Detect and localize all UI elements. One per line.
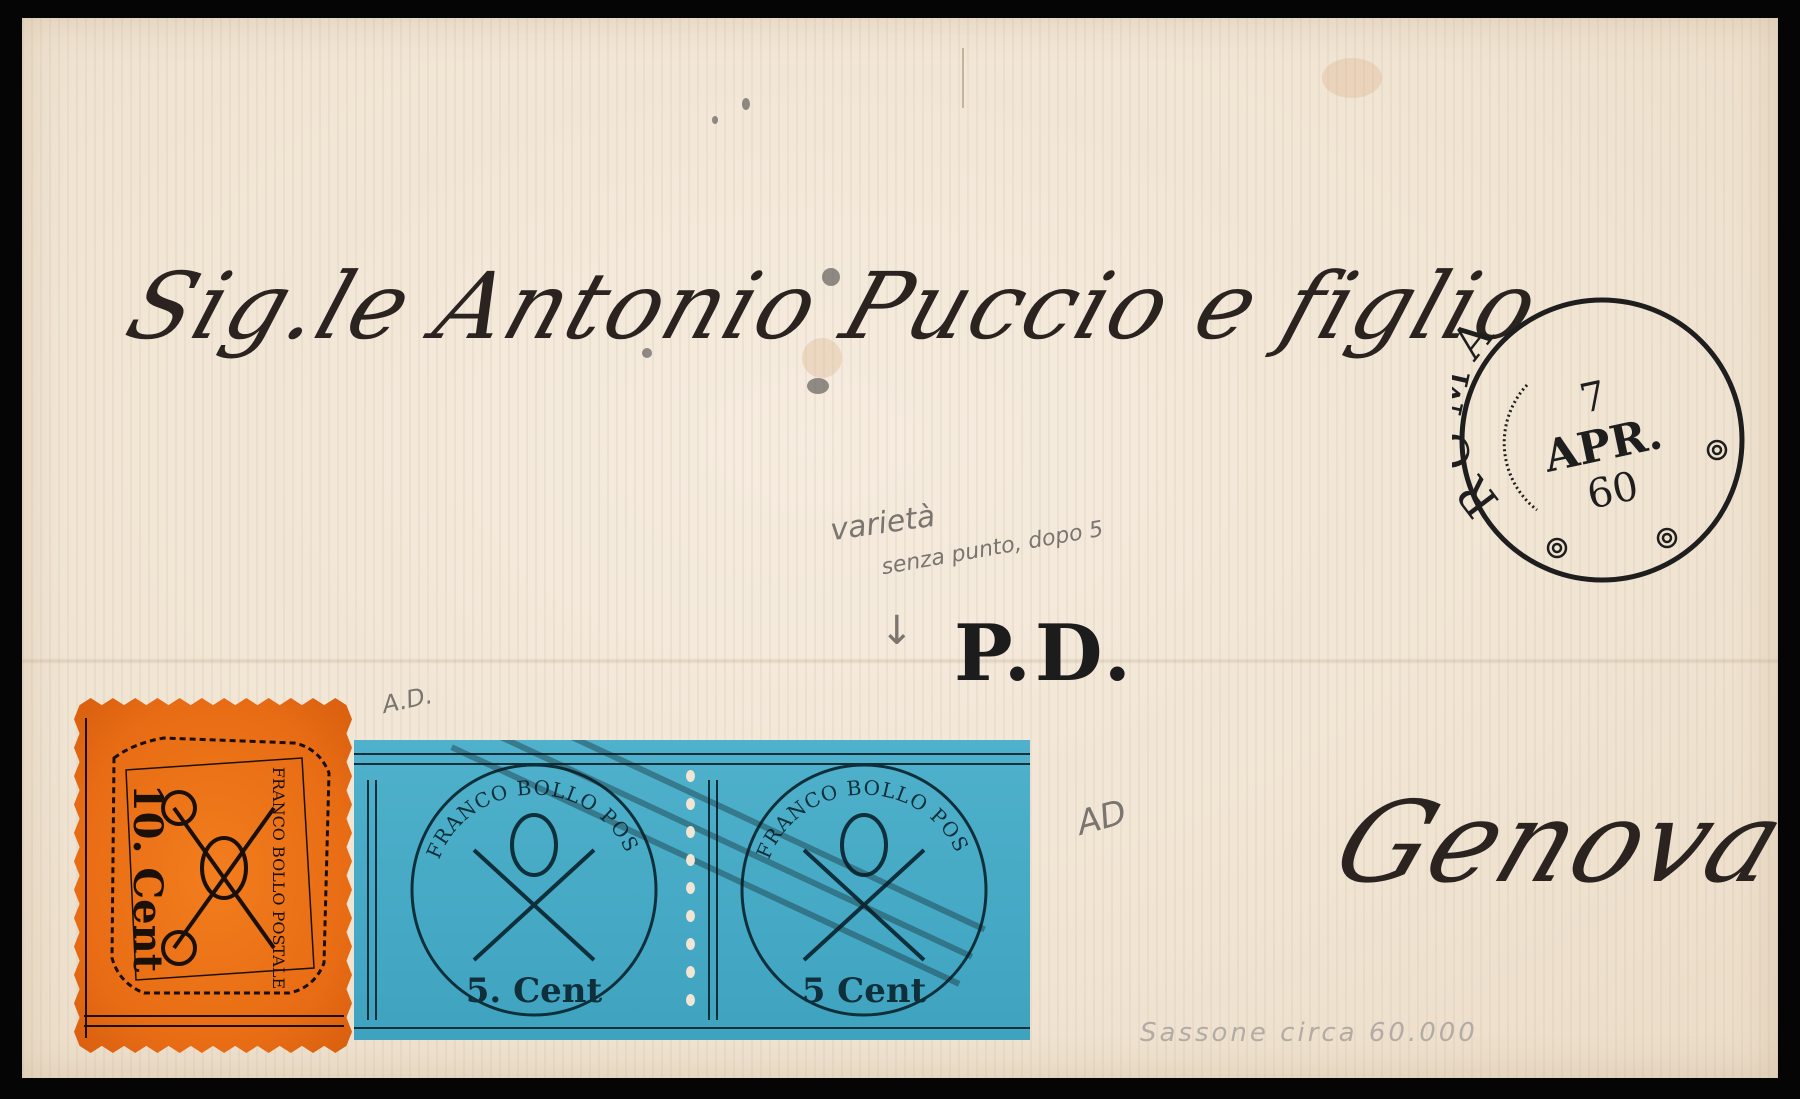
fold-line bbox=[22, 658, 1778, 664]
stamp-5b-denomination: 5 Cent bbox=[802, 971, 927, 1011]
pd-handstamp: P.D. bbox=[954, 608, 1135, 699]
svg-text:ROMA: ROMA bbox=[1452, 302, 1510, 528]
datestamp-day: 7 bbox=[1576, 373, 1610, 423]
datestamp-town: ROMA bbox=[1452, 302, 1510, 528]
letter-cover: Sig.le Antonio Puccio e figlio Genova va… bbox=[22, 18, 1778, 1078]
destination-city: Genova bbox=[1318, 778, 1800, 908]
expert-signature: AD bbox=[1073, 792, 1131, 843]
datestamp-year: 60 bbox=[1583, 463, 1642, 519]
stamp-5a-inscription: FRANCO BOLLO POSTALE bbox=[354, 740, 644, 862]
roma-datestamp: ROMA 7 APR. 60 bbox=[1452, 290, 1752, 590]
foxing-stain bbox=[1322, 58, 1382, 98]
paper-tear bbox=[962, 48, 964, 108]
pencil-variety-heading: varietà bbox=[828, 499, 937, 548]
ink-speck bbox=[742, 98, 750, 110]
stamp-10-denomination: 10. Cent bbox=[124, 784, 171, 973]
svg-text:FRANCO BOLLO POSTALE: FRANCO BOLLO POSTALE bbox=[354, 740, 644, 862]
recipient-address: Sig.le Antonio Puccio e figlio bbox=[115, 253, 1553, 360]
ink-speck bbox=[807, 378, 829, 394]
stamp-10-inscription: FRANCO BOLLO POSTALE bbox=[269, 767, 288, 989]
catalogue-valuation: Sassone circa 60.000 bbox=[1140, 1018, 1478, 1048]
stamp-pair-5-cent: FRANCO BOLLO POSTALE FRANCO BOLLO POSTAL… bbox=[354, 740, 1030, 1040]
pencil-arrow-icon: ↓ bbox=[880, 608, 914, 654]
ink-speck bbox=[712, 116, 718, 124]
expert-signature: A.D. bbox=[380, 681, 435, 719]
perforation-roulette bbox=[684, 740, 696, 1040]
stamp-10-cent: 10. Cent FRANCO BOLLO POSTALE bbox=[74, 698, 352, 1053]
stamp-5a-denomination: 5. Cent bbox=[466, 971, 603, 1011]
